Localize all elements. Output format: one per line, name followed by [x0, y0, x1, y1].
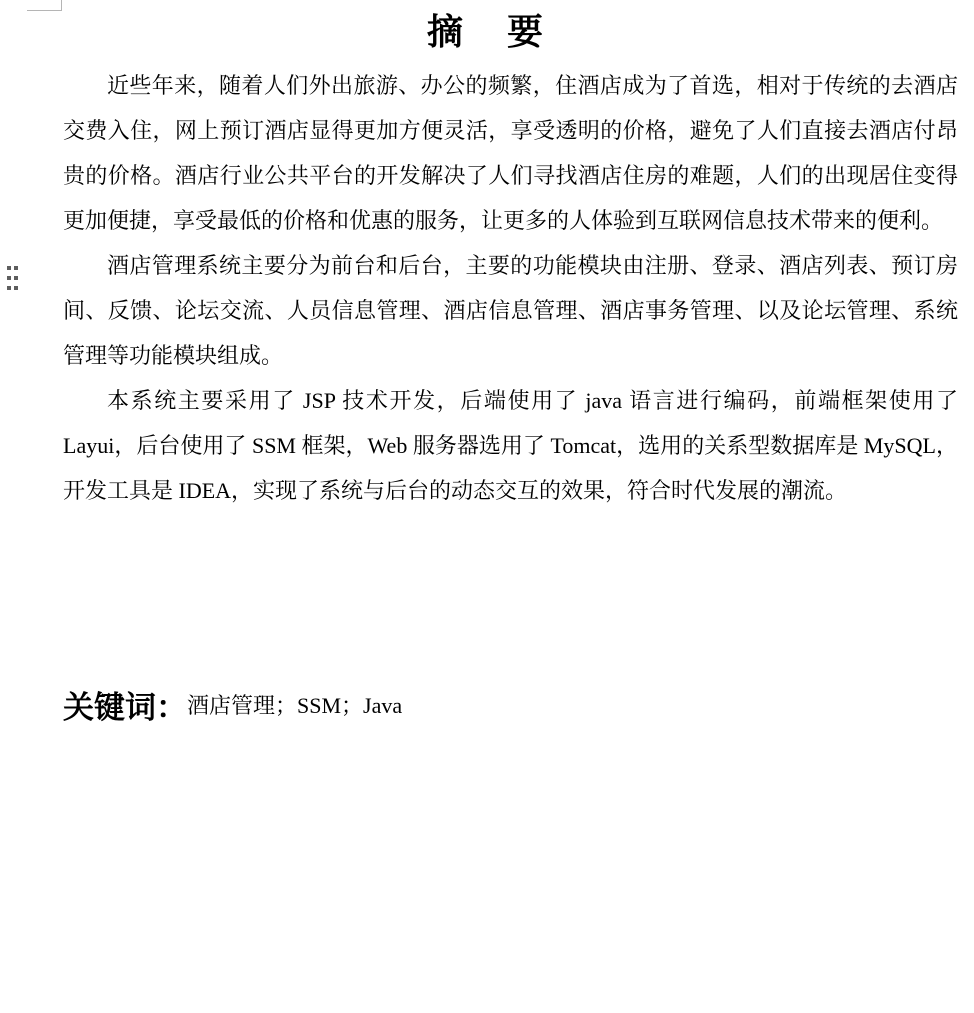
textbox-corner-mark [27, 0, 62, 11]
abstract-title: 摘 要 [0, 0, 974, 52]
abstract-paragraph-3: 本系统主要采用了 JSP 技术开发，后端使用了 java 语言进行编码，前端框架… [63, 378, 958, 513]
document-page: 摘 要 近些年来，随着人们外出旅游、办公的频繁，住酒店成为了首选，相对于传统的去… [0, 0, 974, 1013]
drag-handle-dot [7, 276, 11, 280]
abstract-paragraph-1: 近些年来，随着人们外出旅游、办公的频繁，住酒店成为了首选，相对于传统的去酒店交费… [63, 63, 958, 243]
abstract-paragraph-2: 酒店管理系统主要分为前台和后台，主要的功能模块由注册、登录、酒店列表、预订房间、… [63, 243, 958, 378]
drag-handle-dot [14, 276, 18, 280]
keywords-label: 关键词： [63, 690, 187, 725]
drag-handle-dot [7, 266, 11, 270]
drag-handle-dot [7, 286, 11, 290]
drag-handle-dot [14, 286, 18, 290]
keywords-value: 酒店管理；SSM；Java [187, 693, 402, 718]
drag-handle-dot [14, 266, 18, 270]
abstract-body: 近些年来，随着人们外出旅游、办公的频繁，住酒店成为了首选，相对于传统的去酒店交费… [63, 63, 958, 513]
drag-handle-icon[interactable] [7, 266, 18, 290]
keywords-line: 关键词：酒店管理；SSM；Java [63, 682, 958, 727]
